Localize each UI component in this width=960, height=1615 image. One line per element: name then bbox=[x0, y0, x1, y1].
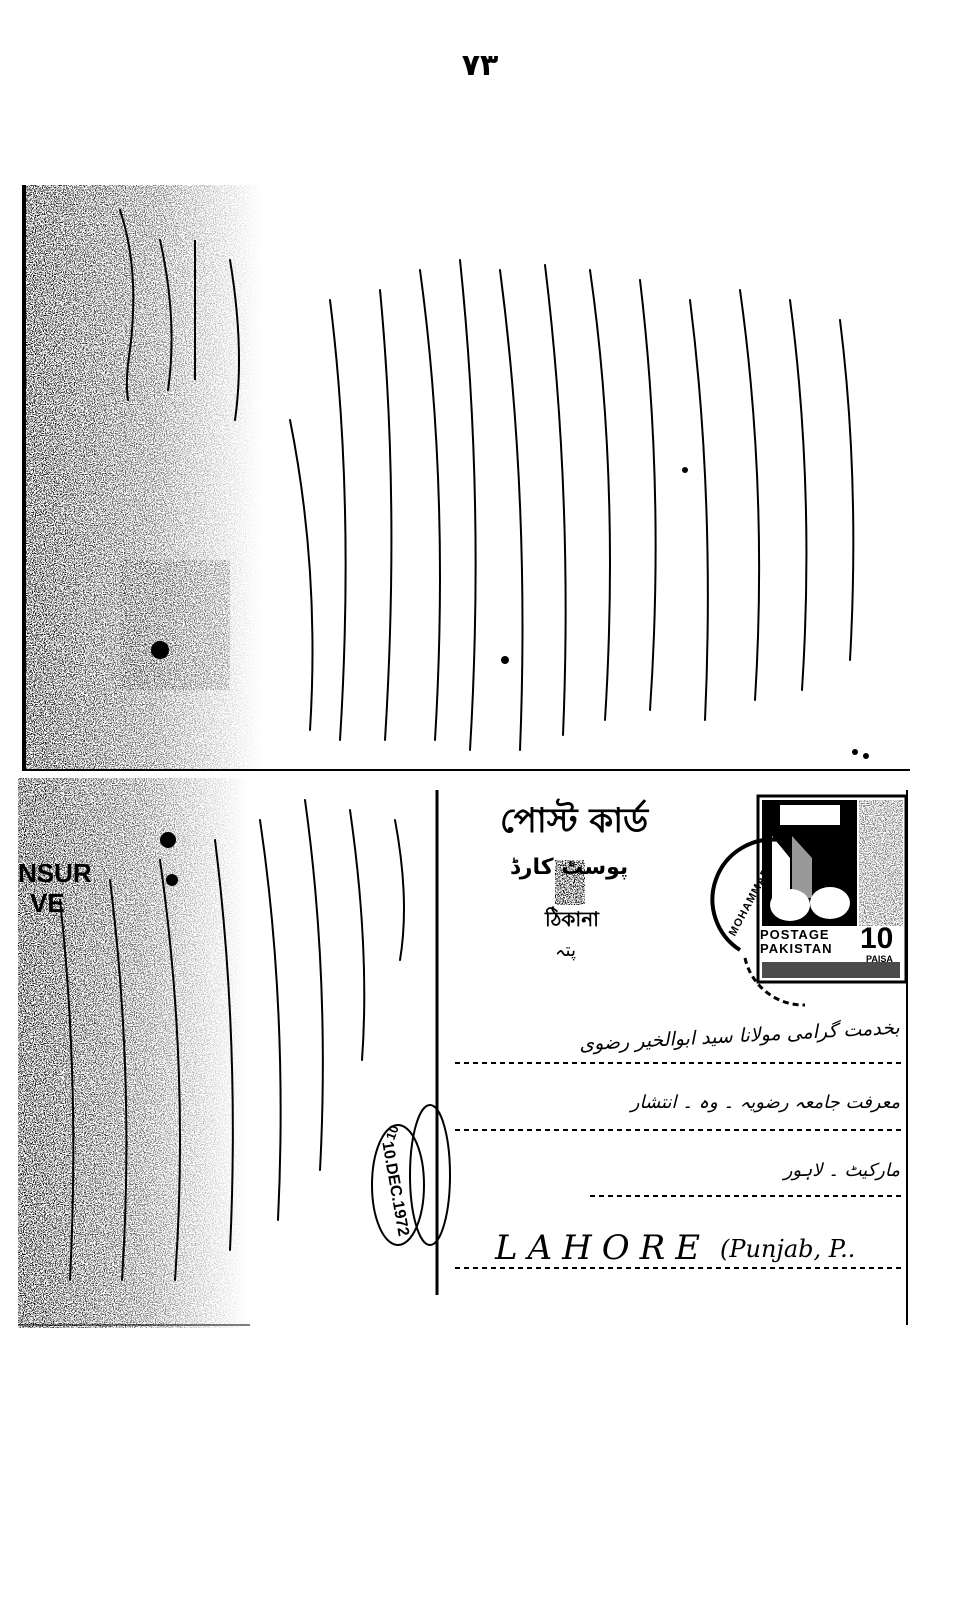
stamp-postage: POSTAGE bbox=[760, 928, 830, 942]
stamp-unit: PAISA bbox=[866, 954, 893, 964]
insured-stamp-fragment: NSUR bbox=[18, 858, 92, 889]
address-line-2: معرفت جامعہ رضویہ ۔ وہ ۔ انتشار bbox=[631, 1092, 900, 1113]
address-label-urdu: پتہ bbox=[555, 940, 576, 961]
address-label-bengali: ঠিকানা bbox=[545, 905, 599, 938]
stamp-country: PAKISTAN bbox=[760, 942, 833, 956]
postcard-scan bbox=[0, 0, 960, 1615]
address-region: (Punjab, P.. bbox=[720, 1235, 855, 1263]
header-urdu: پوسٹ کارڈ bbox=[510, 855, 628, 880]
insured-stamp-fragment-2: VE bbox=[30, 888, 65, 919]
address-city: LAHORE bbox=[495, 1228, 710, 1268]
top-panel bbox=[22, 185, 910, 770]
stamp-value: 10 bbox=[860, 922, 893, 956]
header-bengali: পোস্ট কার্ড bbox=[500, 795, 648, 852]
address-line-3: مارکیٹ ۔ لاہور bbox=[784, 1160, 900, 1181]
